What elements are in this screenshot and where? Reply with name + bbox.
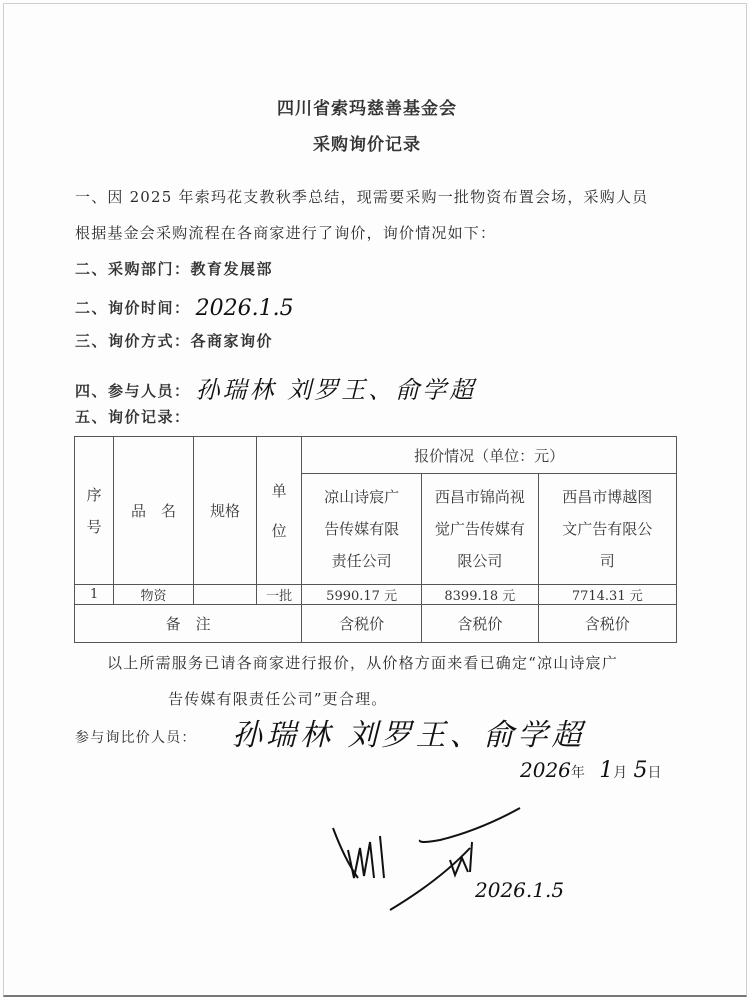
dept-value: 教育发展部 [191, 260, 274, 278]
org-title: 四川省索玛慈善基金会 [277, 94, 457, 119]
cell-name: 物资 [114, 585, 194, 605]
record-label: 五、询价记录： [75, 406, 191, 427]
conclusion-line-1: 以上所需服务已请各商家进行报价，从价格方面来看已确定“凉山诗宸广 [107, 652, 618, 673]
cell-price-3: 7714.31 元 [538, 585, 676, 605]
header-quote-group: 报价情况（单位：元） [302, 437, 677, 474]
participants-row: 四、参与人员： 孙瑞林 刘罗王、俞学超 [75, 368, 476, 403]
dept-label: 二、采购部门： [75, 260, 191, 278]
conclusion-line-2: 告传媒有限责任公司”更合理。 [168, 688, 387, 709]
approval-date: 2026.1.5 [475, 878, 564, 902]
conclusion-participants-label: 参与询比价人员： [75, 727, 197, 747]
approval-signature-graphic [300, 800, 600, 920]
header-unit: 单位 [257, 437, 302, 585]
cell-price-1: 5990.17 元 [302, 585, 422, 605]
date-year: 2026 [520, 758, 571, 782]
method-label: 三、询价方式： [75, 332, 191, 350]
header-spec: 规格 [193, 437, 256, 585]
intro-line-2: 根据基金会采购流程在各商家进行了询价，询价情况如下： [75, 222, 496, 243]
inquiry-table: 序号 品 名 规格 单位 报价情况（单位：元） 凉山诗宸广告传媒有限责任公司 西… [74, 436, 677, 643]
remark-label: 备 注 [75, 605, 302, 643]
remark-2: 含税价 [422, 605, 538, 643]
header-seq: 序号 [75, 437, 114, 585]
cell-seq: 1 [75, 585, 114, 605]
cell-spec [193, 585, 256, 605]
cell-unit: 一批 [257, 585, 302, 605]
header-name: 品 名 [114, 437, 194, 585]
doc-title: 采购询价记录 [313, 130, 421, 155]
conclusion-date: 2026年 1月 5日 [520, 758, 663, 783]
remark-3: 含税价 [538, 605, 676, 643]
method-row: 三、询价方式：各商家询价 [75, 330, 273, 351]
time-label: 二、询价时间： [75, 299, 191, 317]
header-vendor-2: 西昌市锦尚视觉广告传媒有限公司 [422, 474, 538, 585]
cell-price-2: 8399.18 元 [422, 585, 538, 605]
intro-line-1: 一、因 2025 年索玛花支教秋季总结，现需要采购一批物资布置会场，采购人员 [75, 186, 648, 207]
dept-row: 二、采购部门：教育发展部 [75, 258, 273, 279]
remark-row: 备 注 含税价 含税价 含税价 [75, 605, 677, 643]
table-row: 1 物资 一批 5990.17 元 8399.18 元 7714.31 元 [75, 585, 677, 605]
method-value: 各商家询价 [191, 332, 274, 350]
conclusion-participants-signature: 孙瑞林 刘罗王、俞学超 [232, 710, 586, 754]
header-vendor-1: 凉山诗宸广告传媒有限责任公司 [302, 474, 422, 585]
date-month: 1 [599, 758, 613, 783]
handwritten-date: 2026.1.5 [196, 296, 294, 321]
header-vendor-3: 西昌市博越图文广告有限公司 [538, 474, 676, 585]
remark-1: 含税价 [302, 605, 422, 643]
participants-signature: 孙瑞林 刘罗王、俞学超 [196, 376, 477, 404]
time-row: 二、询价时间： 2026.1.5 [75, 294, 294, 319]
header-row-1: 序号 品 名 规格 单位 报价情况（单位：元） [75, 437, 677, 474]
date-day: 5 [634, 758, 648, 783]
participants-label: 四、参与人员： [75, 382, 191, 400]
